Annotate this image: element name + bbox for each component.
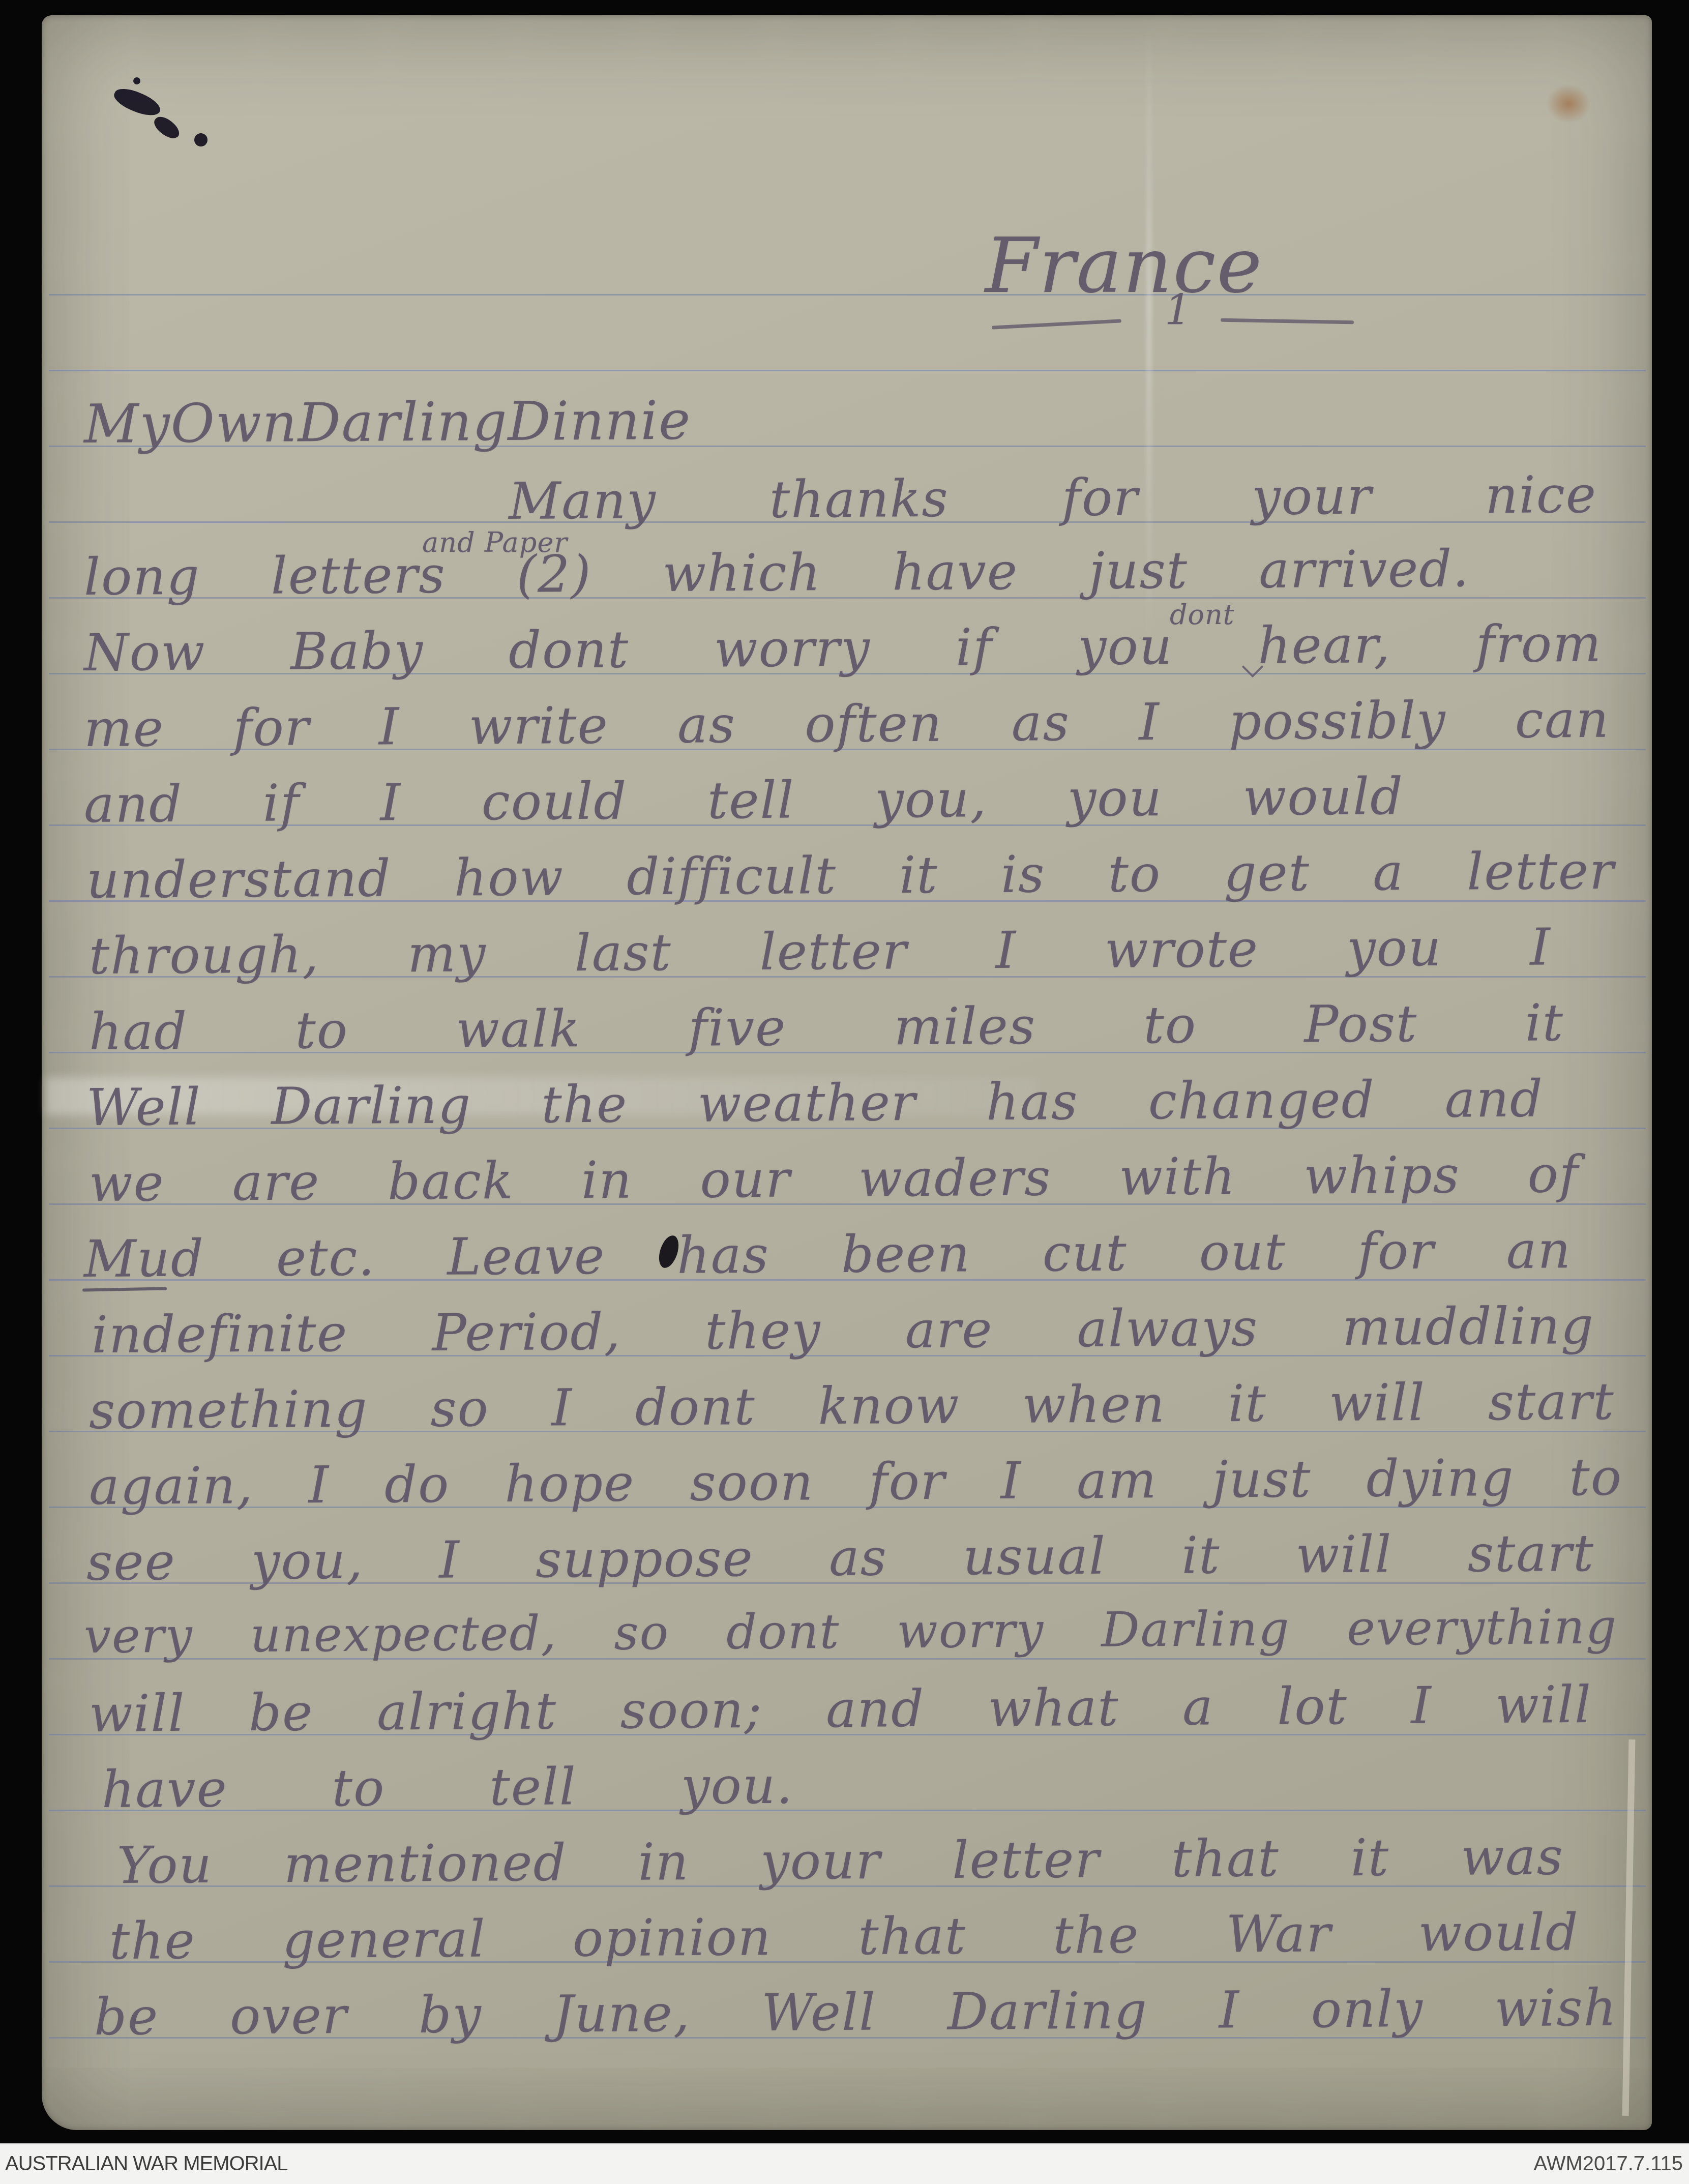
letter-line: meforIwriteasoftenasIpossiblycan bbox=[84, 694, 1610, 754]
letter-line: again,IdohopesoonforIamjustdyingto bbox=[89, 1452, 1623, 1512]
ink-blot bbox=[194, 133, 208, 146]
letter-line: seeyou,Isupposeasusualitwillstart bbox=[86, 1528, 1595, 1588]
archive-name: AUSTRALIAN WAR MEMORIAL bbox=[5, 2152, 288, 2175]
letter-line: through,mylastletterIwroteyouI bbox=[89, 922, 1552, 982]
letter-heading: France bbox=[956, 228, 1292, 304]
footer-strip: AUSTRALIAN WAR MEMORIAL AWM2017.7.115 bbox=[0, 2143, 1689, 2184]
letter-line: understandhowdifficultitistogetaletter bbox=[86, 846, 1615, 906]
letter-line: wearebackinourwaderswithwhipsof bbox=[89, 1149, 1580, 1209]
letter-line: NowBabydontworryifyouhear,from bbox=[84, 618, 1603, 678]
reference-number: AWM2017.7.115 bbox=[1534, 2152, 1683, 2175]
letter-line: indefinitePeriod,theyarealwaysmuddling bbox=[92, 1301, 1595, 1361]
letter-line: WellDarlingtheweatherhaschangedand bbox=[86, 1073, 1544, 1133]
insertion-and-paper: and Paper bbox=[422, 529, 568, 556]
insertion-dont: dont bbox=[1170, 601, 1235, 629]
letter-line: thegeneralopinionthattheWarwould bbox=[109, 1907, 1580, 1967]
letter-line: beoverbyJune,WellDarlingIonlywish bbox=[94, 1983, 1618, 2043]
letter-line: Youmentionedinyourletterthatitwas bbox=[117, 1832, 1564, 1891]
letter-scan: France 1 MyOwnDarlingDinnie Manythanksfo… bbox=[0, 0, 1689, 2184]
letter-line: Mudetc.Leavehasbeencutoutforan bbox=[84, 1225, 1572, 1285]
letter-line: Manythanksforyournice bbox=[509, 469, 1597, 527]
ink-blot bbox=[133, 77, 140, 84]
letter-line: havetotellyou. bbox=[102, 1760, 794, 1815]
page-number: 1 bbox=[1165, 290, 1192, 332]
letter-line: hadtowalkfivemilestoPostit bbox=[89, 997, 1564, 1057]
letter-line: veryunexpected,sodontworryDarlingeveryth… bbox=[84, 1604, 1618, 1661]
letter-line: willbealrightsoon;andwhatalotIwill bbox=[89, 1679, 1592, 1739]
letter-line: andifIcouldtellyou,youwould bbox=[84, 771, 1404, 830]
letter-line: longletters(2)whichhavejustarrived. bbox=[84, 543, 1470, 603]
paper-stain bbox=[1546, 84, 1591, 123]
letter-line: somethingsoIdontknowwhenitwillstart bbox=[89, 1376, 1615, 1436]
salutation: MyOwnDarlingDinnie bbox=[84, 394, 682, 451]
